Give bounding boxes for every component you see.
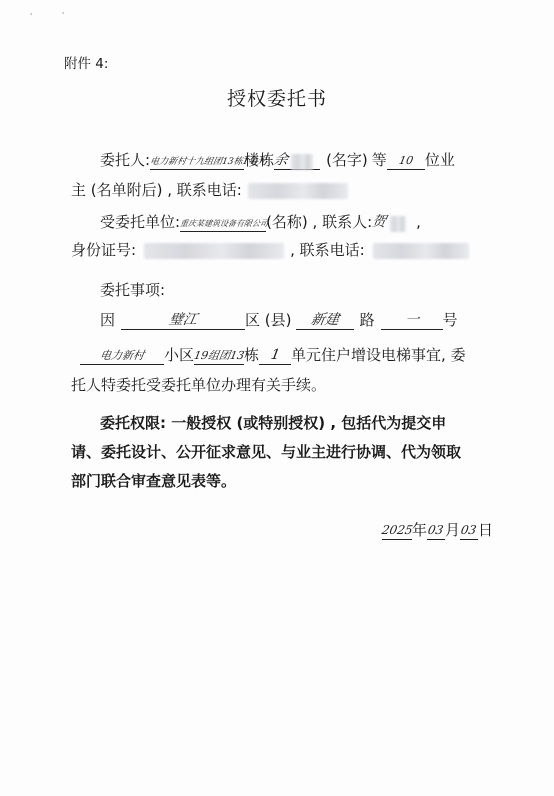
road-suffix: 路 bbox=[360, 311, 375, 329]
agent-unit-field[interactable]: 重庆某建筑设备有限公司 bbox=[180, 213, 266, 232]
count-suffix: 位业 bbox=[425, 151, 455, 169]
road-field[interactable]: 新建 bbox=[296, 311, 354, 330]
redacted-name bbox=[291, 154, 313, 170]
handwritten-district: 璧江 bbox=[167, 310, 199, 330]
owner-list-phone-label: 主 (名单附后) , 联系电话: bbox=[71, 181, 242, 199]
scan-mark: ' bbox=[30, 12, 32, 21]
scope-line-2: 请、委托设计、公开征求意见、与业主进行协调、代为领取 bbox=[71, 442, 461, 462]
handwritten-community: 电力新村 bbox=[98, 346, 146, 366]
handwritten-unit: 重庆某建筑设备有限公司 bbox=[178, 214, 270, 234]
because-label: 因 bbox=[100, 311, 115, 329]
principal-label: 委托人: bbox=[100, 151, 150, 169]
principal-name-field[interactable]: 余 bbox=[274, 151, 320, 170]
authorization-letter-page: ' ' 附件 4: 授权委托书 委托人:电力新村十九组团13栋1单元楼栋余(名字… bbox=[0, 0, 554, 796]
scope-line-1: 委托权限: 一般授权 (或特别授权) , 包括代为提交申 bbox=[100, 413, 446, 433]
matters-line-3: 托人特委托受委托单位办理有关手续。 bbox=[71, 375, 326, 395]
handwritten-contact: 贺 bbox=[370, 212, 388, 232]
house-number-field[interactable]: 一 bbox=[381, 311, 443, 330]
unit-suffix: 单元住户增设电梯事宜, 委 bbox=[291, 346, 466, 364]
agent-contact-field[interactable]: 贺 bbox=[372, 213, 416, 232]
handwritten-road: 新建 bbox=[309, 310, 341, 330]
year-label: 年 bbox=[412, 521, 427, 539]
handwritten-address: 电力新村十九组团13栋1单元 bbox=[148, 152, 268, 172]
principal-address-field[interactable]: 电力新村十九组团13栋1单元 bbox=[150, 151, 244, 170]
district-suffix: 区 (县) bbox=[245, 311, 291, 329]
unit-field[interactable]: 1 bbox=[259, 346, 291, 365]
matters-line-2: 电力新村小区19组团13栋1单元住户增设电梯事宜, 委 bbox=[80, 345, 466, 365]
name-suffix: (名字) bbox=[326, 151, 368, 169]
matters-line-1: 因璧江区 (县)新建路一号 bbox=[100, 310, 458, 330]
attachment-label: 附件 4: bbox=[64, 52, 108, 72]
building-suffix: 栋 bbox=[244, 346, 259, 364]
redacted-id-number bbox=[144, 243, 284, 259]
agent-unit-suffix: (名称) , 联系人: bbox=[266, 213, 372, 231]
handwritten-day: 03 bbox=[460, 520, 479, 540]
month-label: 月 bbox=[445, 521, 460, 539]
principal-line-2: 主 (名单附后) , 联系电话: bbox=[71, 180, 348, 200]
month-field[interactable]: 03 bbox=[427, 521, 445, 540]
community-field[interactable]: 电力新村 bbox=[80, 346, 164, 365]
handwritten-building: 19组团13 bbox=[192, 346, 246, 366]
document-title: 授权委托书 bbox=[0, 84, 554, 111]
handwritten-unit-number: 1 bbox=[269, 345, 281, 365]
building-field[interactable]: 19组团13 bbox=[194, 346, 244, 365]
day-field[interactable]: 03 bbox=[460, 521, 478, 540]
owner-count-field[interactable]: 10 bbox=[387, 151, 425, 170]
scan-mark: ' bbox=[62, 11, 64, 20]
community-suffix: 小区 bbox=[164, 346, 194, 364]
id-number-label: 身份证号: bbox=[71, 241, 136, 259]
district-field[interactable]: 璧江 bbox=[121, 311, 245, 330]
matters-label: 委托事项: bbox=[100, 280, 165, 300]
agent-unit-label: 受委托单位: bbox=[100, 213, 180, 231]
year-field[interactable]: 2025 bbox=[382, 521, 412, 540]
agent-line-1: 受委托单位:重庆某建筑设备有限公司(名称) , 联系人:贺, bbox=[100, 212, 421, 232]
agent-phone-label: , 联系电话: bbox=[290, 241, 365, 259]
handwritten-number: 一 bbox=[403, 310, 421, 330]
handwritten-name: 余 bbox=[272, 150, 290, 170]
redacted-phone bbox=[248, 183, 348, 199]
scope-line-3: 部门联合审查意见表等。 bbox=[71, 471, 236, 491]
number-suffix: 号 bbox=[443, 311, 458, 329]
redacted-contact bbox=[390, 216, 406, 232]
day-label: 日 bbox=[478, 521, 493, 539]
handwritten-count: 10 bbox=[397, 151, 415, 171]
agent-line-2: 身份证号:, 联系电话: bbox=[71, 240, 469, 260]
handwritten-year: 2025 bbox=[380, 520, 414, 540]
principal-line-1: 委托人:电力新村十九组团13栋1单元楼栋余(名字)等10位业 bbox=[100, 150, 455, 170]
signature-date: 2025年03月03日 bbox=[382, 520, 493, 540]
count-prefix: 等 bbox=[372, 151, 387, 169]
redacted-agent-phone bbox=[373, 243, 469, 259]
handwritten-month: 03 bbox=[427, 520, 446, 540]
